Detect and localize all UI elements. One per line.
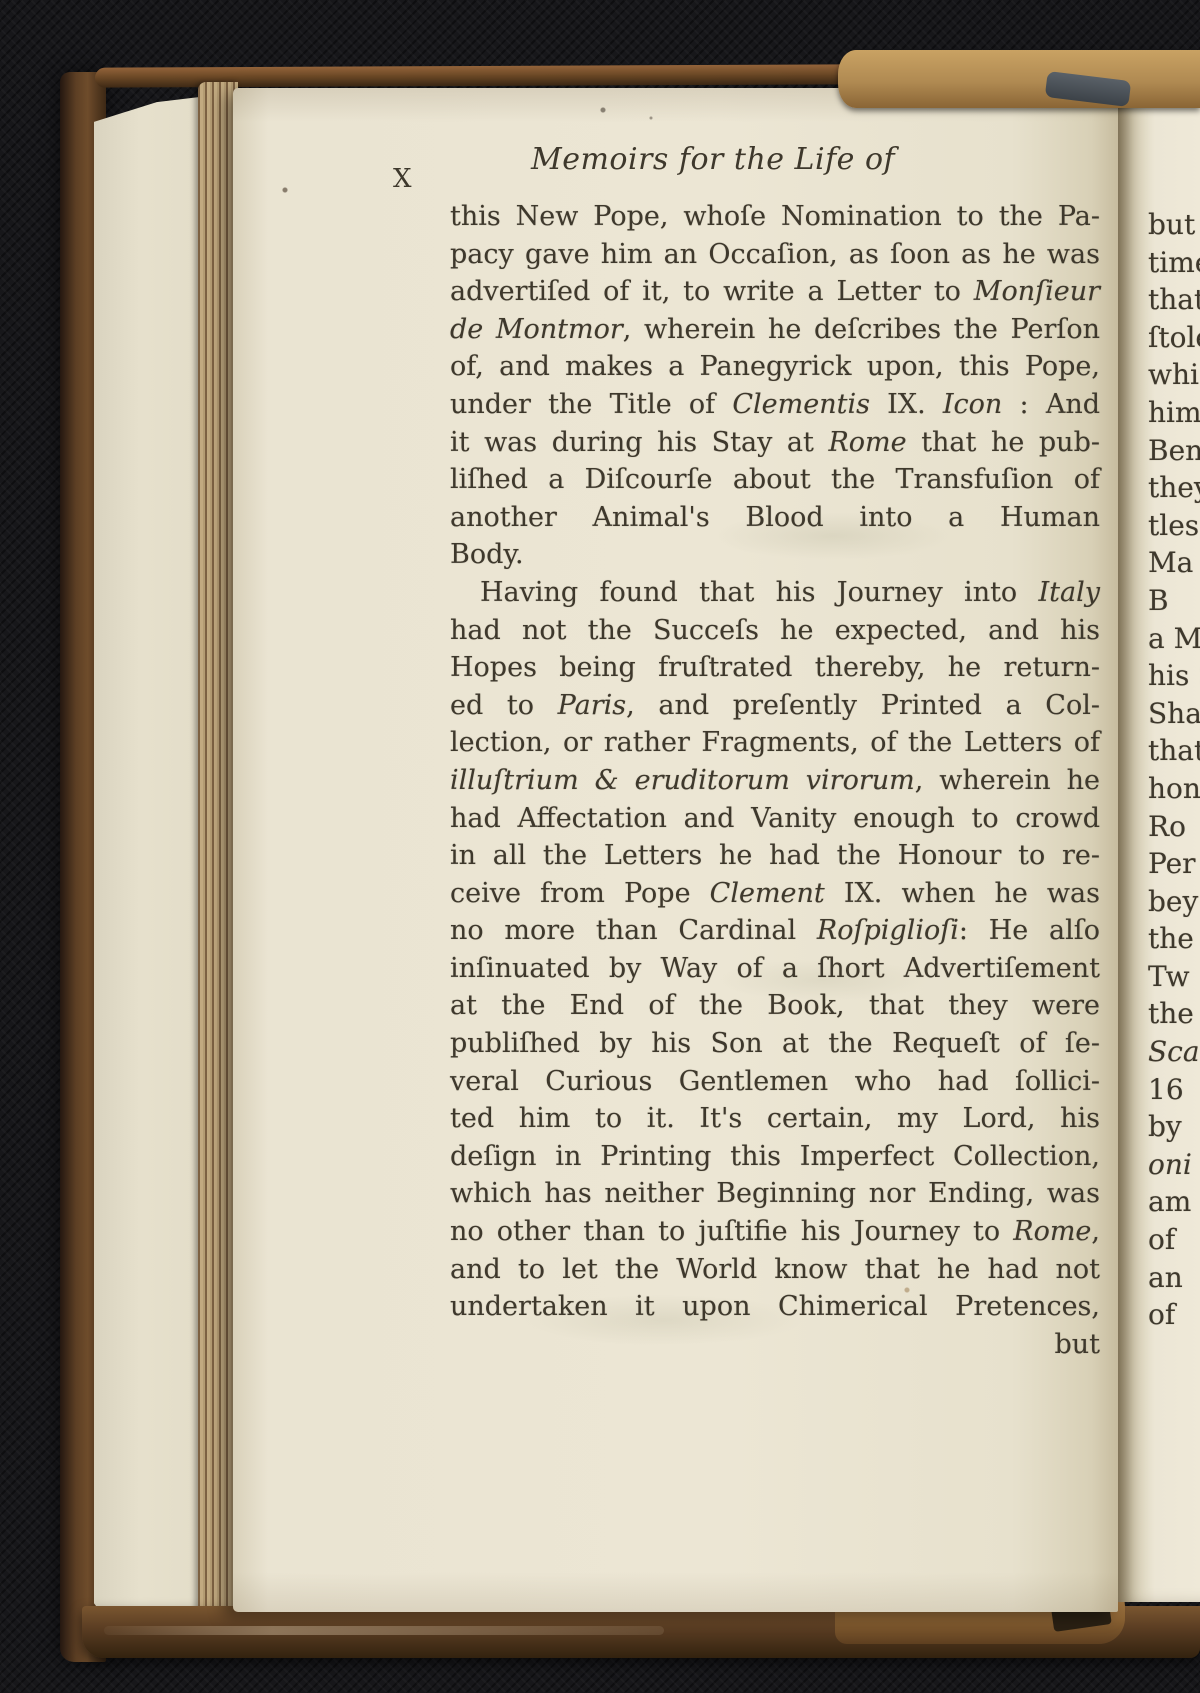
facing-page-sliver: buttimethatſtolewhihimBentheytles,MaBa M… xyxy=(1118,96,1200,1602)
text-segment: : He alſo xyxy=(959,915,1100,946)
book-page: X Memoirs for the Life of this New Pope,… xyxy=(233,88,1118,1612)
text-line: publiſhed by his Son at the Requeſt of ſ… xyxy=(450,1025,1100,1063)
headcap-detail xyxy=(1045,71,1132,107)
text-segment: IX. when he was xyxy=(825,878,1100,909)
text-line: deſign in Printing this Imperfect Collec… xyxy=(450,1138,1100,1176)
text-segment: which has neither Beginning nor Ending, … xyxy=(450,1178,1100,1209)
text-segment: at the End of the Book, that they were xyxy=(450,990,1100,1021)
italic-text-segment: Italy xyxy=(1038,577,1100,608)
facing-text-line: a M xyxy=(1148,620,1200,658)
italic-text-segment: Icon xyxy=(943,389,1002,420)
text-segment: inſinuated by Way of a ſhort Advertiſeme… xyxy=(450,953,1100,984)
facing-text-line: 16 xyxy=(1148,1071,1200,1109)
italic-text-segment: Clement xyxy=(710,878,825,909)
italic-text-segment: Paris xyxy=(558,690,626,721)
text-segment: had not the Succeſs he expected, and his xyxy=(450,615,1100,646)
text-segment: of, and makes a Panegyrick upon, this Po… xyxy=(450,351,1100,382)
text-line: this New Pope, whoſe Nomination to the P… xyxy=(450,198,1100,236)
top-leather-strip xyxy=(838,50,1200,108)
text-line: ed to Paris, and preſently Printed a Col… xyxy=(450,687,1100,725)
text-segment: , wherein he deſcribes the Perſon xyxy=(623,314,1100,345)
text-segment: this New Pope, whoſe Nomination to the P… xyxy=(450,201,1100,232)
facing-text-line: of xyxy=(1148,1221,1200,1259)
text-segment: and to let the World know that he had no… xyxy=(450,1254,1100,1285)
facing-text-line: hon xyxy=(1148,770,1200,808)
facing-text-line: bey xyxy=(1148,883,1200,921)
facing-text-line: the xyxy=(1148,920,1200,958)
text-segment: ted him to it. It's certain, my Lord, hi… xyxy=(450,1103,1100,1134)
italic-text-segment: Roſpiglioſi xyxy=(817,915,959,946)
text-segment: , and preſently Printed a Col- xyxy=(626,690,1100,721)
text-line: had Affectation and Vanity enough to cro… xyxy=(450,800,1100,838)
text-segment: it was during his Stay at xyxy=(450,427,828,458)
facing-text-line: an xyxy=(1148,1259,1200,1297)
text-line: no more than Cardinal Roſpiglioſi: He al… xyxy=(450,912,1100,950)
text-segment: Hopes being fruſtrated thereby, he retur… xyxy=(450,652,1100,683)
text-line: at the End of the Book, that they were xyxy=(450,987,1100,1025)
text-segment: IX. xyxy=(870,389,943,420)
text-line: no other than to juſtifie his Journey to… xyxy=(450,1213,1100,1251)
text-line: had not the Succeſs he expected, and his xyxy=(450,612,1100,650)
facing-text-line: that xyxy=(1148,281,1200,319)
text-segment: under the Title of xyxy=(450,389,732,420)
text-segment: deſign in Printing this Imperfect Collec… xyxy=(450,1141,1100,1172)
text-line: it was during his Stay at Rome that he p… xyxy=(450,424,1100,462)
text-segment: that he pub- xyxy=(907,427,1100,458)
text-segment: Body. xyxy=(450,539,524,570)
italic-text-segment: Rome xyxy=(828,427,906,458)
facing-text-line: Ro xyxy=(1148,808,1200,846)
facing-text-line: him xyxy=(1148,394,1200,432)
facing-text-line: Ben xyxy=(1148,432,1200,470)
text-segment: liſhed a Diſcourſe about the Transfuſion… xyxy=(450,464,1100,495)
text-line: advertiſed of it, to write a Letter to M… xyxy=(450,273,1100,311)
italic-text-segment: illuſtrium & eruditorum virorum xyxy=(450,765,915,796)
text-block: this New Pope, whoſe Nomination to the P… xyxy=(450,198,1100,1363)
text-segment: , wherein he xyxy=(915,765,1100,796)
facing-text-line: oni xyxy=(1148,1146,1200,1184)
text-line: de Montmor, wherein he deſcribes the Per… xyxy=(450,311,1100,349)
text-segment: : And xyxy=(1002,389,1100,420)
text-line: Having found that his Journey into Italy xyxy=(450,574,1100,612)
text-segment: advertiſed of it, to write a Letter to xyxy=(450,276,974,307)
text-line: liſhed a Diſcourſe about the Transfuſion… xyxy=(450,461,1100,499)
text-segment: pacy gave him an Occaſion, as ſoon as he… xyxy=(450,239,1100,270)
text-segment: publiſhed by his Son at the Requeſt of ſ… xyxy=(450,1028,1100,1059)
facing-text-line: the xyxy=(1148,995,1200,1033)
text-segment: lection, or rather Fragments, of the Let… xyxy=(450,727,1100,758)
text-segment: in all the Letters he had the Honour to … xyxy=(450,840,1100,871)
facing-text-line: his S xyxy=(1148,657,1200,695)
facing-text-line: time xyxy=(1148,244,1200,282)
facing-text-line: of xyxy=(1148,1296,1200,1334)
text-segment: but xyxy=(1054,1329,1100,1360)
text-segment: Having found that his Journey into xyxy=(480,577,1038,608)
italic-text-segment: Monſieur xyxy=(974,276,1100,307)
facing-text-line: that xyxy=(1148,732,1200,770)
text-line: and to let the World know that he had no… xyxy=(450,1251,1100,1289)
text-line: inſinuated by Way of a ſhort Advertiſeme… xyxy=(450,950,1100,988)
text-line: of, and makes a Panegyrick upon, this Po… xyxy=(450,348,1100,386)
facing-text-line: ſtole xyxy=(1148,319,1200,357)
facing-text-line: am xyxy=(1148,1183,1200,1221)
text-line: veral Curious Gentlemen who had ſollici- xyxy=(450,1063,1100,1101)
facing-text-line: by xyxy=(1148,1108,1200,1146)
running-title: Memoirs for the Life of xyxy=(531,142,895,177)
text-line: in all the Letters he had the Honour to … xyxy=(450,837,1100,875)
page-edges-stack xyxy=(198,82,238,1620)
text-line: another Animal's Blood into a Human xyxy=(450,499,1100,537)
text-line: ceive from Pope Clement IX. when he was xyxy=(450,875,1100,913)
photo-backdrop: X Memoirs for the Life of this New Pope,… xyxy=(0,0,1200,1693)
text-segment: no other than to juſtifie his Journey to xyxy=(450,1216,1013,1247)
text-segment: ed to xyxy=(450,690,558,721)
italic-text-segment: Clementis xyxy=(732,389,870,420)
facing-text-line: Per xyxy=(1148,845,1200,883)
facing-text-line: but xyxy=(1148,206,1200,244)
text-line: but xyxy=(450,1326,1100,1364)
text-line: illuſtrium & eruditorum virorum, wherein… xyxy=(450,762,1100,800)
text-segment: ceive from Pope xyxy=(450,878,710,909)
text-segment: , xyxy=(1091,1216,1100,1247)
facing-text-line: Sha xyxy=(1148,695,1200,733)
flyleaf-page xyxy=(94,96,208,1620)
italic-text-segment: Rome xyxy=(1013,1216,1091,1247)
facing-text-line: Sca xyxy=(1148,1033,1200,1071)
text-line: which has neither Beginning nor Ending, … xyxy=(450,1175,1100,1213)
facing-text-line: whi xyxy=(1148,356,1200,394)
facing-text-line: B xyxy=(1148,582,1200,620)
text-line: lection, or rather Fragments, of the Let… xyxy=(450,724,1100,762)
text-segment: another Animal's Blood into a Human xyxy=(450,502,1100,533)
text-line: Hopes being fruſtrated thereby, he retur… xyxy=(450,649,1100,687)
facing-text-block: buttimethatſtolewhihimBentheytles,MaBa M… xyxy=(1148,206,1200,1334)
facing-text-line: tles, xyxy=(1148,507,1200,545)
leather-sheen xyxy=(104,1626,664,1635)
facing-text-line: Tw xyxy=(1148,958,1200,996)
text-line: under the Title of Clementis IX. Icon : … xyxy=(450,386,1100,424)
text-segment: no more than Cardinal xyxy=(450,915,817,946)
text-line: undertaken it upon Chimerical Pretences, xyxy=(450,1288,1100,1326)
facing-text-line: Ma xyxy=(1148,544,1200,582)
facing-text-line: they xyxy=(1148,469,1200,507)
text-segment: veral Curious Gentlemen who had ſollici- xyxy=(450,1066,1100,1097)
page-number: X xyxy=(393,164,413,194)
text-segment: undertaken it upon Chimerical Pretences, xyxy=(450,1291,1100,1322)
text-line: pacy gave him an Occaſion, as ſoon as he… xyxy=(450,236,1100,274)
text-segment: had Affectation and Vanity enough to cro… xyxy=(450,803,1100,834)
text-line: Body. xyxy=(450,536,1100,574)
italic-text-segment: de Montmor xyxy=(450,314,623,345)
text-line: ted him to it. It's certain, my Lord, hi… xyxy=(450,1100,1100,1138)
